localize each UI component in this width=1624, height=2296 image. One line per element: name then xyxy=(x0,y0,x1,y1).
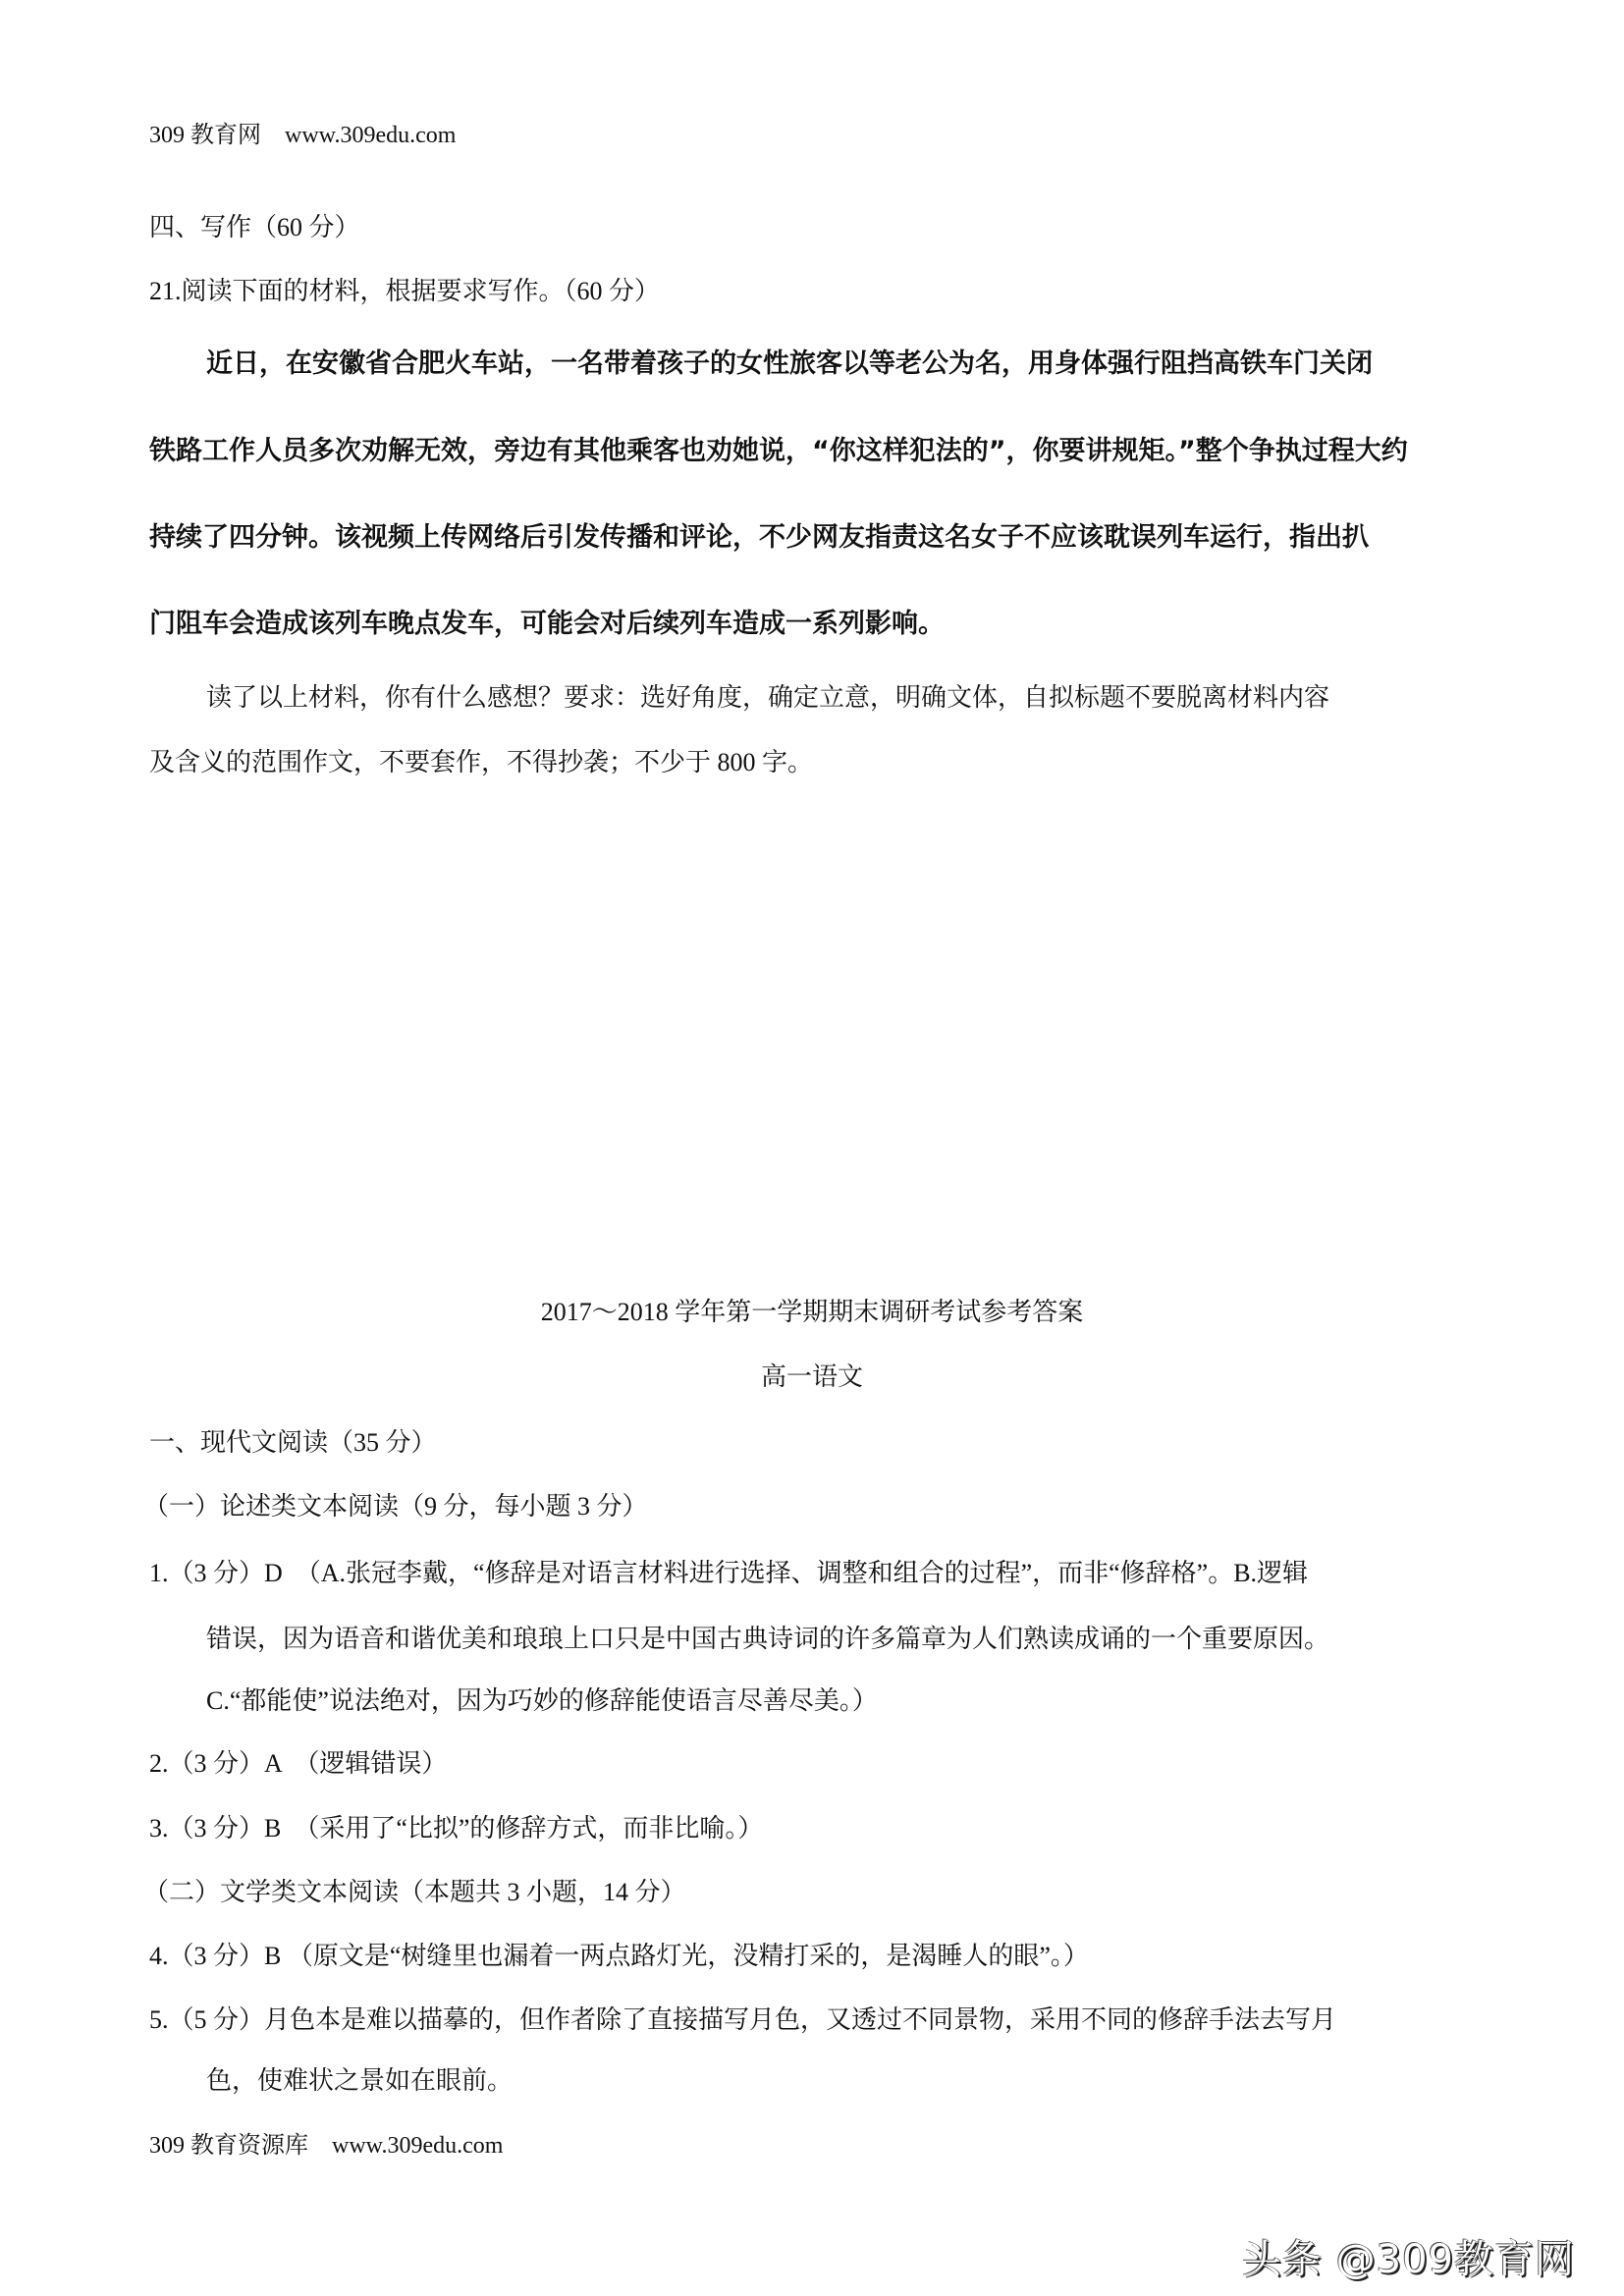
question-21: 21.阅读下面的材料，根据要求写作。（60 分） xyxy=(149,276,660,307)
toutiao-watermark: 头条 @309教育网 xyxy=(1242,2228,1575,2284)
answer-line: 错误，因为语音和谐优美和琅琅上口只是中国古典诗词的许多篇章为人们熟读成诵的一个重… xyxy=(206,1624,1329,1655)
answer-q3: 3.（3 分）B （采用了“比拟”的修辞方式，而非比喻。） xyxy=(149,1813,763,1844)
material-line: 近日，在安徽省合肥火车站，一名带着孩子的女性旅客以等老公为名，用身体强行阻挡高铁… xyxy=(206,348,1542,380)
header-url: www.309edu.com xyxy=(285,123,456,148)
part-1-heading: 一、现代文阅读（35 分） xyxy=(149,1427,437,1459)
material-line: 铁路工作人员多次劝解无效，旁边有其他乘客也劝她说，“你这样犯法的”，你要讲规矩。… xyxy=(149,436,1485,467)
header-site: 309 教育网 xyxy=(149,123,261,148)
requirement-line: 读了以上材料，你有什么感想？要求：选好角度，确定立意，明确文体，自拟标题不要脱离… xyxy=(206,682,1329,714)
page-footer: 309 教育资源库 www.309edu.com xyxy=(149,2130,503,2162)
answer-title: 2017～2018 学年第一学期期末调研考试参考答案 xyxy=(0,1297,1624,1328)
sub-1-heading: （一）论述类文本阅读（9 分，每小题 3 分） xyxy=(143,1491,648,1522)
answer-line: 1.（3 分）D （A.张冠李戴，“修辞是对语言材料进行选择、调整和组合的过程”… xyxy=(149,1558,1308,1589)
answer-q4: 4.（3 分）B （原文是“树缝里也漏着一两点路灯光，没精打采的，是渴睡人的眼”… xyxy=(149,1941,1089,1972)
requirement-line: 及含义的范围作文，不要套作，不得抄袭；不少于 800 字。 xyxy=(149,747,813,778)
answer-subtitle: 高一语文 xyxy=(0,1362,1624,1393)
footer-url: www.309edu.com xyxy=(332,2133,503,2159)
footer-site: 309 教育资源库 xyxy=(149,2133,308,2159)
answer-line: 5.（5 分）月色本是难以描摹的，但作者除了直接描写月色，又透过不同景物，采用不… xyxy=(149,2004,1336,2036)
material-line: 持续了四分钟。该视频上传网络后引发传播和评论，不少网友指责这名女子不应该耽误列车… xyxy=(149,522,1485,554)
sub-2-heading: （二）文学类文本阅读（本题共 3 小题，14 分） xyxy=(143,1877,686,1908)
answer-line: C.“都能使”说法绝对，因为巧妙的修辞能使语言尽善尽美。） xyxy=(206,1685,878,1717)
section-heading-writing: 四、写作（60 分） xyxy=(149,212,360,243)
page-header: 309 教育网 www.309edu.com xyxy=(149,120,456,151)
material-line: 门阻车会造成该列车晚点发车，可能会对后续列车造成一系列影响。 xyxy=(149,609,1485,640)
answer-q2: 2.（3 分）A （逻辑错误） xyxy=(149,1748,447,1780)
answer-line: 色，使难状之景如在眼前。 xyxy=(206,2065,513,2097)
